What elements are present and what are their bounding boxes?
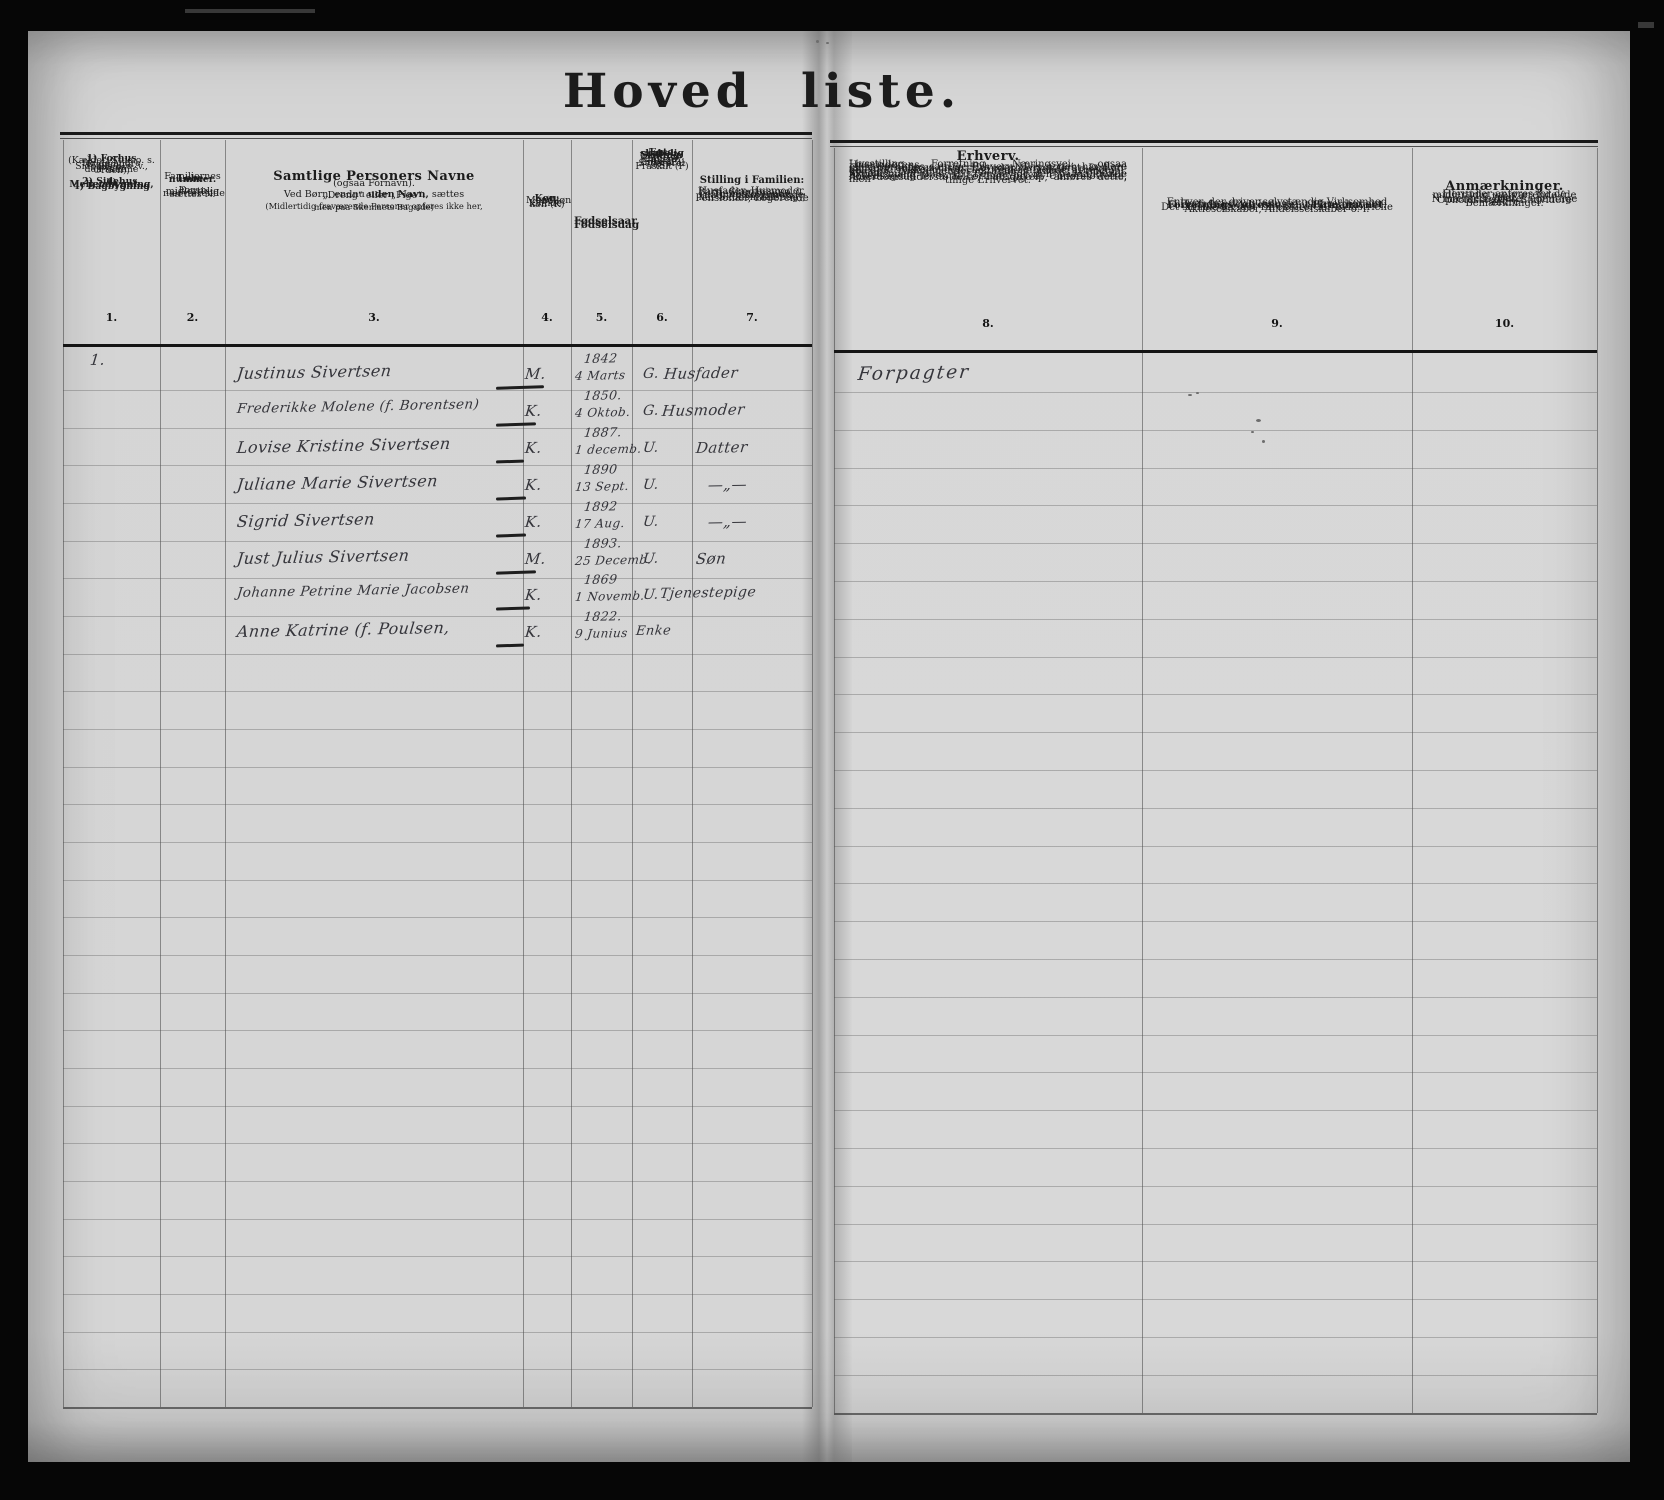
hw-birth-year: 1892 — [583, 498, 618, 514]
table-row-line — [63, 842, 812, 843]
table-column-line — [692, 140, 693, 1407]
table-row-line — [834, 959, 1597, 960]
table-row-line — [834, 846, 1597, 847]
ink-stroke — [496, 496, 526, 500]
table-row-line — [63, 1294, 812, 1295]
column-number-7: 7. — [692, 311, 812, 324]
hw-person-name: Juliane Marie Sivertsen — [236, 471, 439, 494]
ink-speck — [1188, 394, 1192, 396]
table-column-line — [225, 140, 226, 1407]
table-row-line — [834, 1148, 1597, 1149]
table-row-line — [834, 1299, 1597, 1300]
hw-person-name: Justinus Sivertsen — [236, 361, 393, 383]
hw-family-position: Søn — [695, 549, 727, 568]
column-number-5: 5. — [571, 311, 632, 324]
hw-occupation: Forpagter — [857, 362, 971, 385]
table-row-line — [63, 654, 812, 655]
table-row-line — [834, 1261, 1597, 1262]
column-number-3: 3. — [225, 311, 523, 324]
hw-marital-status: U. — [642, 550, 659, 566]
column-number-2: 2. — [160, 311, 225, 324]
hw-family-position: Datter — [695, 438, 748, 457]
table-row-line — [834, 1186, 1597, 1187]
hw-person-name: Lovise Kristine Sivertsen — [236, 434, 452, 457]
hw-family-position: —„— — [707, 475, 748, 494]
hw-sex: K. — [524, 475, 543, 493]
column-header-9: Enhver, der driver selvstændig Virksomhe… — [1157, 202, 1397, 210]
table-row-line — [63, 917, 812, 918]
hw-family-position: —„— — [707, 512, 748, 531]
hw-birth-date: 4 Marts — [574, 368, 626, 383]
table-row-line — [834, 808, 1597, 809]
ink-speck — [1196, 392, 1199, 394]
hw-sex: K. — [524, 586, 543, 604]
header-divider-rule — [830, 140, 1598, 147]
table-row-line — [834, 1337, 1597, 1338]
hw-birth-date: 17 Aug. — [574, 516, 625, 531]
ink-speck — [826, 42, 829, 44]
hw-birth-year: 1869 — [583, 572, 618, 588]
table-row-line — [63, 691, 812, 692]
header-line: Anmærkninger. — [1427, 186, 1582, 188]
hw-birth-date: 25 Decemb. — [574, 552, 652, 567]
column-number-8: 8. — [834, 317, 1142, 330]
table-row-line — [834, 1375, 1597, 1376]
hw-family-position: Tjenestepige — [659, 585, 757, 603]
hw-family-number: 1. — [89, 351, 106, 369]
table-row-line — [63, 1143, 812, 1144]
table-row-line — [63, 955, 812, 956]
hw-marital-status: G. — [642, 403, 660, 419]
hw-birth-year: 1890 — [583, 461, 618, 477]
ink-speck — [816, 40, 819, 43]
header-line: (ogsaa Fornavn). — [228, 183, 520, 184]
header-line: Erhverv. — [849, 156, 1127, 158]
table-row-line — [63, 390, 812, 391]
hw-sex: K. — [524, 512, 543, 530]
table-row-line — [63, 1106, 812, 1107]
hw-marital-status: Enke — [635, 624, 672, 640]
column-header-5: FødselsaarogFødselsdag — [574, 220, 629, 226]
table-row-line — [63, 1369, 812, 1370]
column-header-1: 1) Forhus(Kælder, Stue o. s. v.;for de a… — [66, 158, 157, 187]
table-row-line — [63, 880, 812, 881]
census-scan: Hoved liste. 1) Forhus(Kælder, Stue o. s… — [0, 0, 1664, 1500]
table-row-line — [834, 505, 1597, 506]
hw-sex: K. — [524, 623, 543, 641]
ink-speck — [1262, 440, 1265, 443]
table-row-line — [834, 770, 1597, 771]
column-header-10: Anmærkninger.Herunder anføres for demidl… — [1427, 186, 1582, 205]
table-row-line — [834, 1072, 1597, 1073]
header-line: Stilling i Familien: — [695, 180, 809, 182]
table-row-line — [63, 1030, 812, 1031]
table-row-line — [63, 503, 812, 504]
scan-edge-mark — [1638, 22, 1654, 28]
table-row-line — [834, 921, 1597, 922]
header-line: 4) Bagbygning — [66, 186, 157, 188]
header-line: køn (K) — [526, 204, 568, 206]
ink-stroke — [496, 533, 526, 537]
header-line: „Dreng“ eller „Pige“. — [228, 195, 520, 196]
hw-sex: M. — [524, 549, 547, 567]
hw-sex: M. — [524, 365, 547, 383]
header-bottom-rule — [63, 344, 812, 347]
table-row-line — [834, 430, 1597, 431]
hw-marital-status: U. — [642, 587, 659, 603]
ink-speck — [1251, 431, 1254, 433]
table-row-line — [834, 997, 1597, 998]
table-row-line — [834, 619, 1597, 620]
table-row-line — [834, 468, 1597, 469]
table-row-line — [63, 729, 812, 730]
table-row-line — [834, 1110, 1597, 1111]
hw-marital-status: U. — [642, 476, 659, 492]
ink-speck — [1256, 419, 1261, 422]
table-row-line — [834, 657, 1597, 658]
hw-birth-date: 9 Junius — [574, 626, 628, 641]
header-line: Samtlige Personers Navne — [228, 176, 520, 177]
hw-marital-status: G. — [642, 366, 660, 382]
column-header-7: Stilling i Familien:Husfader, Husmoder,B… — [695, 180, 809, 200]
header-line: Pensionær, Logerende — [695, 198, 809, 200]
column-header-3: Samtlige Personers Navne(ogsaa Fornavn).… — [228, 176, 520, 209]
table-row-line — [63, 428, 812, 429]
hw-birth-year: 1887. — [583, 424, 622, 440]
hw-birth-year: 1822. — [583, 609, 622, 625]
header-line: Fraskilt (F) — [635, 166, 689, 167]
column-header-4: Køn:Mandkøn(M)Kvinde-køn (K) — [526, 198, 568, 206]
hw-birth-date: 1 decemb. — [574, 442, 642, 457]
right-page-sheet — [852, 31, 1630, 1462]
table-row-line — [63, 993, 812, 994]
header-line: Fødselsdag — [574, 224, 629, 226]
page-title: Hoved liste. — [362, 64, 1162, 119]
hw-person-name: Just Julius Sivertsen — [236, 545, 410, 567]
header-bottom-rule — [834, 350, 1597, 353]
table-row-line — [63, 1256, 812, 1257]
table-row-line — [63, 1219, 812, 1220]
table-column-line — [1597, 148, 1598, 1413]
table-row-line — [63, 1068, 812, 1069]
header-line: sættes N. — [163, 194, 222, 196]
hw-family-position: Husmoder — [661, 400, 746, 420]
table-row-line — [63, 541, 812, 542]
hw-sex: K. — [524, 402, 543, 420]
table-row-line — [834, 883, 1597, 884]
hw-sex: K. — [524, 438, 543, 456]
table-row-line — [834, 392, 1597, 393]
column-header-6: Ægte-skabeligStilling:Ugift (U),Gift (G)… — [635, 152, 689, 168]
table-row-line — [63, 616, 812, 617]
table-column-line — [571, 140, 572, 1407]
table-row-line — [63, 578, 812, 579]
table-row-line — [63, 465, 812, 466]
table-column-line — [812, 140, 813, 1407]
column-number-6: 6. — [632, 311, 692, 324]
column-number-1: 1. — [63, 311, 160, 324]
hw-marital-status: U. — [642, 439, 659, 455]
hw-birth-date: 13 Sept. — [574, 479, 630, 494]
table-row-line — [834, 543, 1597, 544]
table-row-line — [63, 1181, 812, 1182]
header-divider-rule — [60, 132, 812, 139]
hw-person-name: Sigrid Sivertsen — [236, 509, 376, 531]
hw-birth-year: 1842 — [583, 350, 618, 366]
table-row-line — [63, 767, 812, 768]
table-row-line — [63, 804, 812, 805]
column-number-10: 10. — [1412, 317, 1597, 330]
table-row-line — [834, 694, 1597, 695]
table-row-line — [63, 1332, 812, 1333]
column-header-8: Erhverv.Livsstilling, Forretning, Næring… — [849, 156, 1127, 182]
header-line: nummer. — [163, 179, 222, 181]
table-column-line — [63, 140, 64, 1407]
table-row-line — [834, 1413, 1597, 1415]
table-row-line — [834, 581, 1597, 582]
table-column-line — [160, 140, 161, 1407]
table-column-line — [523, 140, 524, 1407]
table-row-line — [834, 732, 1597, 733]
hw-family-position: Husfader — [663, 364, 739, 383]
hw-birth-date: 1 Novemb. — [574, 589, 645, 604]
table-row-line — [63, 1407, 812, 1409]
table-row-line — [834, 1035, 1597, 1036]
page-fold — [802, 31, 852, 1462]
column-header-2: FamiliernesLøbe-nummer.Foranmidlertidign… — [163, 176, 222, 196]
table-row-line — [834, 1224, 1597, 1225]
table-column-line — [632, 140, 633, 1407]
hw-birth-year: 1893. — [583, 535, 622, 551]
column-number-4: 4. — [523, 311, 571, 324]
header-line: Aktieselskaber, Andelsselskaber o. l. — [1157, 209, 1397, 211]
hw-birth-year: 1850. — [583, 387, 622, 403]
hw-marital-status: U. — [642, 513, 659, 529]
scan-edge-mark — [185, 9, 315, 13]
column-number-9: 9. — [1142, 317, 1412, 330]
hw-birth-date: 4 Oktob. — [574, 405, 631, 420]
